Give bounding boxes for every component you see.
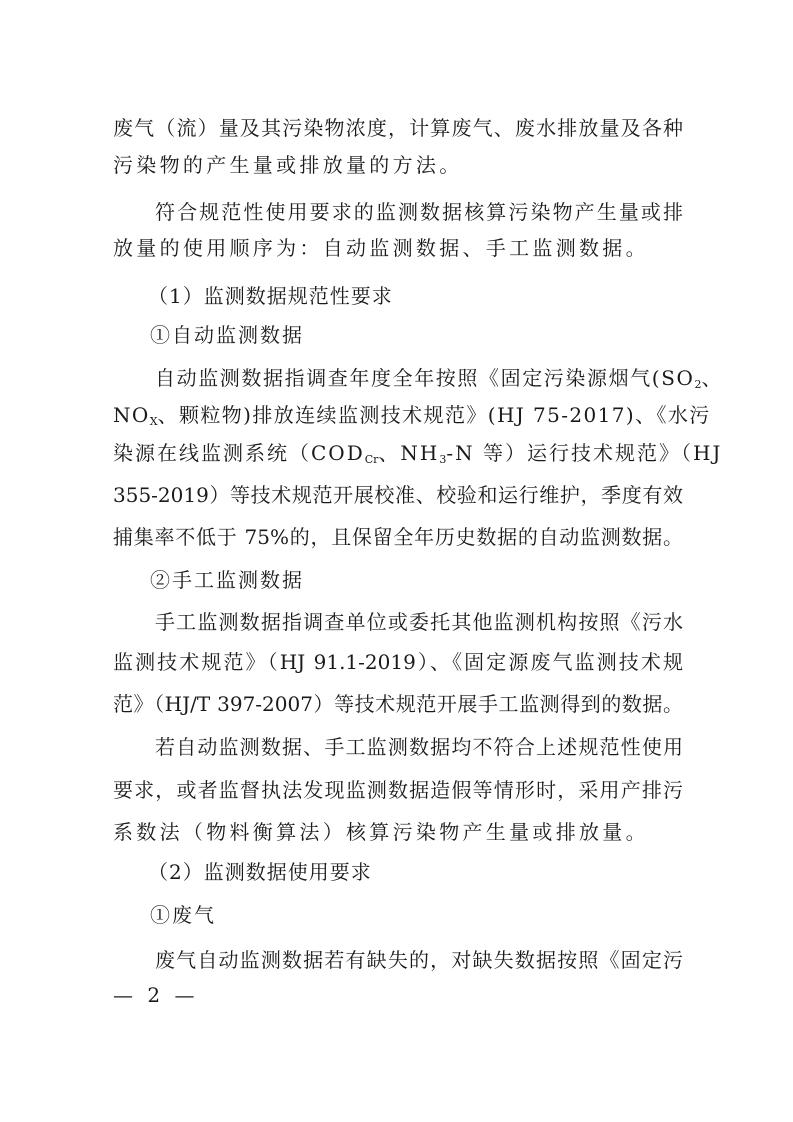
paragraph-line: 染源在线监测系统（CODCr、NH3-N 等）运行技术规范》（HJ — [113, 441, 683, 472]
text: 、 — [702, 366, 724, 390]
subscript-nox: X — [150, 415, 158, 428]
section-heading-2: （2）监测数据使用要求 — [148, 860, 718, 884]
text: 染源在线监测系统（COD — [113, 441, 365, 465]
paragraph-line: 监测技术规范》（HJ 91.1-2019）、《固定源废气监测技术规 — [113, 650, 683, 674]
paragraph-line: 自动监测数据指调查年度全年按照《固定污染源烟气(SO2、 — [155, 366, 725, 397]
paragraph-line: 手工监测数据指调查单位或委托其他监测机构按照《污水 — [155, 610, 683, 634]
paragraph-line: 污染物的产生量或排放量的方法。 — [113, 153, 683, 177]
text: NO — [113, 403, 150, 427]
paragraph-line: 符合规范性使用要求的监测数据核算污染物产生量或排 — [155, 200, 683, 224]
paragraph-line: 系数法（物料衡算法）核算污染物产生量或排放量。 — [113, 820, 683, 844]
text: 、颗粒物)排放连续监测技术规范》(HJ 75-2017)、《水污 — [158, 403, 711, 427]
paragraph-line: 废气（流）量及其污染物浓度，计算废气、废水排放量及各种 — [113, 116, 683, 140]
paragraph-line: 废气自动监测数据若有缺失的，对缺失数据按照《固定污 — [155, 948, 683, 972]
document-page: 废气（流）量及其污染物浓度，计算废气、废水排放量及各种 污染物的产生量或排放量的… — [0, 0, 793, 1122]
subsection-heading-exhaust-gas: ①废气 — [150, 903, 720, 927]
paragraph-line: 要求，或者监督执法发现监测数据造假等情形时，采用产排污 — [113, 778, 683, 802]
paragraph-line: 放量的使用顺序为：自动监测数据、手工监测数据。 — [113, 236, 683, 260]
text: -N 等）运行技术规范》（HJ — [446, 441, 722, 465]
paragraph-line: 若自动监测数据、手工监测数据均不符合上述规范性使用 — [155, 735, 683, 759]
text: 、NH — [378, 441, 439, 465]
text: 自动监测数据指调查年度全年按照《固定污染源烟气(SO — [155, 366, 695, 390]
page-number: — 2 — — [113, 983, 198, 1007]
paragraph-line: 捕集率不低于 75%的，且保留全年历史数据的自动监测数据。 — [113, 525, 683, 549]
subsection-heading-auto-monitoring: ①自动监测数据 — [150, 323, 720, 347]
paragraph-line: NOX、颗粒物)排放连续监测技术规范》(HJ 75-2017)、《水污 — [113, 403, 683, 434]
section-heading-1: （1）监测数据规范性要求 — [148, 284, 718, 308]
subsection-heading-manual-monitoring: ②手工监测数据 — [150, 568, 720, 592]
paragraph-line: 355-2019）等技术规范开展校准、校验和运行维护，季度有效 — [113, 483, 683, 507]
paragraph-line: 范》（HJ/T 397-2007）等技术规范开展手工监测得到的数据。 — [113, 692, 683, 716]
subscript-cod: Cr — [365, 453, 379, 466]
subscript-so2: 2 — [695, 378, 702, 391]
